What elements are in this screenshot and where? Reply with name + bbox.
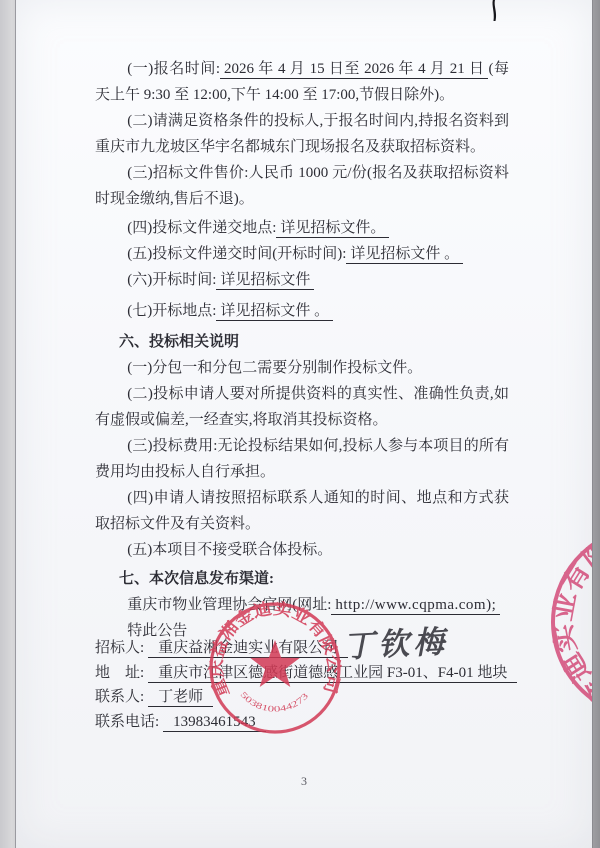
- underlined-dates: 2026 年 4 月 15 日至 2026 年 4 月 21 日: [220, 61, 488, 79]
- contact-person-label: 联系人:: [95, 689, 144, 705]
- seal-star-icon: [250, 640, 299, 687]
- page-number: 3: [16, 774, 592, 789]
- scan-background: (一)报名时间:2026 年 4 月 15 日至 2026 年 4 月 21 日…: [0, 0, 600, 848]
- section-six-heading: 六、投标相关说明: [95, 329, 509, 355]
- paragraph-opening-time: (六)开标时间:详见招标文件: [95, 267, 509, 293]
- text-segment: (四)投标文件递交地点:: [127, 220, 276, 236]
- paragraph-authenticity: (二)投标申请人要对所提供资料的真实性、准确性负责,如有虚假或偏差,一经查实,将…: [95, 381, 509, 433]
- underlined-value: 详见招标文件。: [276, 220, 389, 238]
- paragraph-no-consortium: (五)本项目不接受联合体投标。: [95, 537, 509, 563]
- paragraph-qualification: (二)请满足资格条件的投标人,于报名时间内,持报名资料到重庆市九龙坡区华宇名都城…: [95, 108, 509, 160]
- svg-text:重庆益湘金迪实业有限公司: 重庆益湘金迪实业有限公司: [528, 502, 592, 742]
- partial-seal: 重庆益湘金迪实业有限公司: [528, 502, 592, 742]
- paragraph-opening-place: (七)开标地点:详见招标文件 。: [95, 298, 509, 324]
- paragraph-registration-time: (一)报名时间:2026 年 4 月 15 日至 2026 年 4 月 21 日…: [95, 56, 509, 108]
- bidder-label: 招标人:: [95, 640, 144, 656]
- text-segment: (七)开标地点:: [127, 303, 216, 319]
- document-body: (一)报名时间:2026 年 4 月 15 日至 2026 年 4 月 21 日…: [95, 56, 509, 644]
- underlined-value: 详见招标文件: [216, 272, 314, 290]
- pen-mark: [488, 0, 502, 22]
- partial-seal-border: [528, 502, 592, 742]
- partial-seal-company-text: 重庆益湘金迪实业有限公司: [528, 502, 592, 742]
- seal-serial-number: 503810044273: [239, 689, 310, 714]
- paragraph-bid-cost: (三)投标费用:无论投标结果如何,投标人参与本项目的所有费用均由投标人自行承担。: [95, 433, 509, 485]
- document-page: (一)报名时间:2026 年 4 月 15 日至 2026 年 4 月 21 日…: [16, 0, 592, 848]
- company-seal: 重庆益湘金迪实业有限公司 503810044273: [205, 598, 345, 738]
- phone-label: 联系电话:: [95, 714, 159, 730]
- svg-text:503810044273: 503810044273: [239, 689, 310, 714]
- text-segment: (五)投标文件递交时间(开标时间):: [127, 246, 346, 262]
- text-segment: (三)招标文件售价:人民币 1000 元/份(报名及获取招标资料时现金缴纳,售后…: [95, 165, 509, 207]
- handwritten-signature: 丁钦梅: [342, 615, 474, 667]
- text-segment: (一)报名时间:: [127, 61, 220, 77]
- underlined-value: 详见招标文件 。: [346, 246, 463, 264]
- underlined-value: 详见招标文件 。: [216, 303, 333, 321]
- paragraph-document-price: (三)招标文件售价:人民币 1000 元/份(报名及获取招标资料时现金缴纳,售后…: [95, 160, 509, 212]
- text-segment: (二)请满足资格条件的投标人,于报名时间内,持报名资料到重庆市九龙坡区华宇名都城…: [95, 113, 509, 155]
- address-label: 地 址:: [95, 665, 144, 681]
- website-url: http://www.cqpma.com);: [331, 597, 500, 615]
- text-segment: (六)开标时间:: [127, 272, 216, 288]
- paragraph-submission-time: (五)投标文件递交时间(开标时间):详见招标文件 。: [95, 241, 509, 267]
- paragraph-packages: (一)分包一和分包二需要分别制作投标文件。: [95, 355, 509, 381]
- paragraph-obtain-documents: (四)申请人请按照招标联系人通知的时间、地点和方式获取招标文件及有关资料。: [95, 485, 509, 537]
- contact-person-value: 丁老师: [148, 689, 213, 707]
- section-seven-heading: 七、本次信息发布渠道:: [95, 566, 509, 592]
- paragraph-submission-place: (四)投标文件递交地点:详见招标文件。: [95, 215, 509, 241]
